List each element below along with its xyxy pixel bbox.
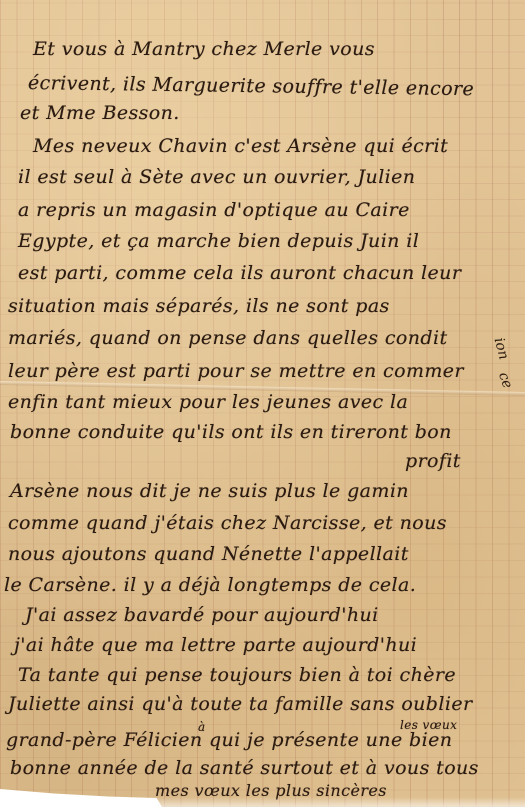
letter-line-11: leur père est parti pour se mettre en co… [8, 360, 464, 382]
letter-line-17: nous ajoutons quand Nénette l'appellait [8, 543, 409, 565]
letter-line-20: j'ai hâte que ma lettre parte aujourd'hu… [14, 634, 417, 656]
letter-line-6: a repris un magasin d'optique au Caire [18, 199, 410, 221]
letter-line-9: situation mais séparés, ils ne sont pas [8, 295, 390, 317]
letter-line-13: bonne conduite qu'ils ont ils en tireron… [10, 421, 452, 443]
paper-bottom-edge [150, 797, 525, 807]
letter-page: Et vous à Mantry chez Merle vous écriven… [0, 0, 525, 807]
letter-line-3: et Mme Besson. [20, 102, 180, 124]
letter-line-5: il est seul à Sète avec un ouvrier, Juli… [18, 166, 415, 188]
letter-line-18: le Carsène. il y a déjà longtemps de cel… [4, 574, 416, 596]
letter-line-12: enfin tant mieux pour les jeunes avec la [8, 391, 408, 413]
letter-line-10: mariés, quand on pense dans quelles cond… [8, 327, 447, 349]
letter-line-19: J'ai assez bavardé pour aujourd'hui [25, 604, 379, 626]
letter-line-16: comme quand j'étais chez Narcisse, et no… [8, 512, 447, 534]
letter-line-21: Ta tante qui pense toujours bien à toi c… [18, 664, 456, 686]
letter-line-15: Arsène nous dit je ne suis plus le gamin [10, 480, 409, 502]
letter-line-8: est parti, comme cela ils auront chacun … [18, 262, 461, 284]
margin-note-ion: ion [491, 336, 512, 361]
letter-line-7: Egypte, et ça marche bien depuis Juin il [18, 230, 419, 252]
letter-line-1: Et vous à Mantry chez Merle vous [33, 38, 375, 60]
letter-line-22: Juliette ainsi qu'à toute ta famille san… [8, 693, 472, 715]
margin-note-ce: ce [495, 370, 516, 391]
letter-line-4: Mes neveux Chavin c'est Arsène qui écrit [33, 135, 448, 157]
letter-line-2: écrivent, ils Marguerite souffre t'elle … [28, 72, 474, 100]
letter-line-23: grand-père Félicien qui je présente une … [6, 729, 452, 751]
letter-line-14: profit [405, 450, 461, 472]
letter-line-24: bonne année de la santé surtout et à vou… [10, 757, 479, 779]
